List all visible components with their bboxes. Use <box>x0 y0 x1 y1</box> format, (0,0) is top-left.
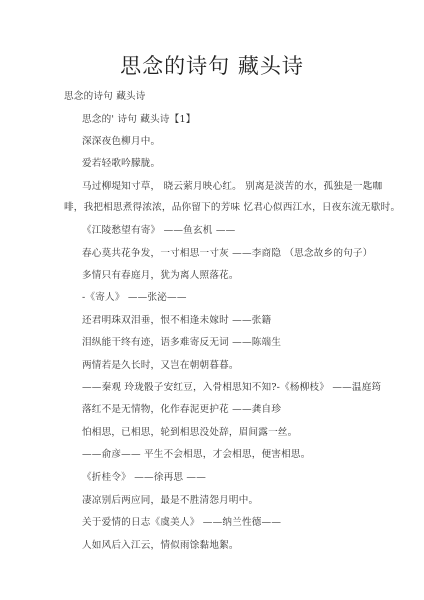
text-line: 《江陵愁望有寄》 ——鱼玄机 —— <box>82 222 235 236</box>
text-line: 还君明珠双泪垂，恨不相逢未嫁时 ——张籍 <box>82 312 271 326</box>
text-line: 啡，我把相思煮得浓浓，品你留下的芳味 忆君心似西江水，日夜东流无歇时。 <box>64 199 400 213</box>
text-line: 凄凉别后两应同，最是不胜清怨月明中。 <box>82 492 258 506</box>
text-line: 两情若是久长时，又岂在朝朝暮暮。 <box>82 357 239 371</box>
text-line: ——俞彦—— 平生不会相思，才会相思，便害相思。 <box>82 446 311 460</box>
text-line: 《折桂令》 ——徐再思 —— <box>82 469 206 483</box>
text-line: 关于爱情的日志《虞美人》 ——纳兰性德—— <box>82 514 281 528</box>
text-line: 怕相思，已相思，轮到相思没处辞，眉间露一丝。 <box>82 424 297 438</box>
text-line: 泪纵能干终有迹，语多难寄反无词 ——陈端生 <box>82 334 281 348</box>
text-line: 爱若轻歌吟朦胧。 <box>82 155 160 169</box>
text-line: 春心莫共花争发，一寸相思一寸灰 ——李商隐 （思念故乡的句子） <box>82 245 373 259</box>
text-line: 多情只有春庭月，犹为离人照落花。 <box>82 267 239 281</box>
text-line: 思念的' 诗句 藏头诗【1】 <box>82 111 196 125</box>
text-line: 马过柳堤知寸草， 晓云萦月映心红。 别离是淡苦的水，孤独是一匙咖 <box>82 178 382 192</box>
text-line: ——秦观 玲珑骰子安红豆，入骨相思知不知?-《杨柳枝》 ——温庭筠 <box>82 379 381 393</box>
text-line: 人如风后入江云，情似雨馀黏地絮。 <box>82 537 239 551</box>
text-line: 深深夜色柳月中。 <box>82 133 160 147</box>
text-line: 落红不是无情物，化作春泥更护花 ——龚自珍 <box>82 401 281 415</box>
page-title: 思念的诗句 藏头诗 <box>0 50 424 80</box>
text-line: -《寄人》 ——张泌—— <box>82 289 187 303</box>
text-line: 思念的诗句 藏头诗 <box>64 88 146 102</box>
